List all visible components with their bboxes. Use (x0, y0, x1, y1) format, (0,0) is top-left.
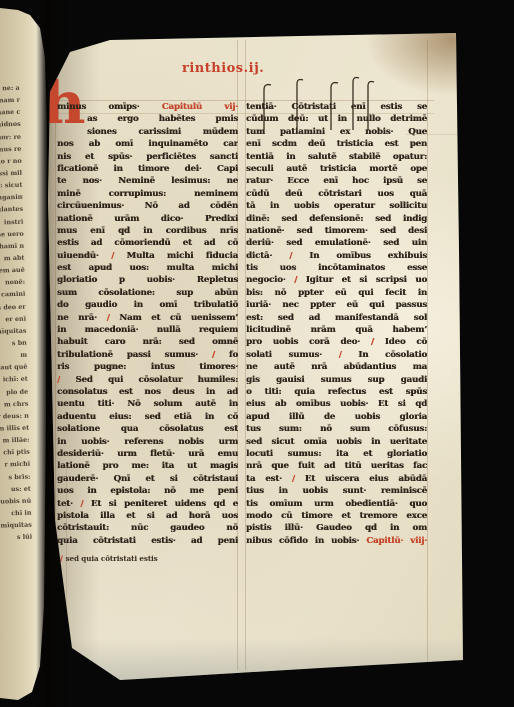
text-line: ta est· / Et uiscera eius abūdā (246, 473, 427, 485)
text-line: nis et spūs· perficiētes sancti (57, 151, 238, 163)
verso-text-line: longanim (0, 191, 23, 204)
text-line: est: sed ad manifestandā sol (246, 312, 427, 324)
text-line: as ergo habētes pmis (57, 113, 238, 125)
text-line: uiuendū· / Multa michi fiducia (57, 250, 238, 262)
verso-text-line: imus re (0, 142, 21, 155)
body-text: ne autē nrā abūdantius ma (246, 362, 427, 372)
body-text: seculi autē tristicia mortē ope (246, 164, 427, 174)
text-line: uos in epistola: nō me peni (57, 485, 238, 497)
verso-text-line: ulantes et (0, 203, 23, 216)
text-line: pistola illa et si ad horā uos (57, 510, 238, 522)
text-line: habuit caro nrā: sed omnē (57, 336, 238, 348)
text-line: deriū· sed emulationē· sed uin (246, 237, 427, 249)
verso-text-line: ne: a dom (0, 82, 20, 95)
verso-text-line: mane c (0, 106, 20, 119)
verso-text-line: ichī: et ua (0, 373, 28, 386)
body-text: tum patiamini ex nobis· Que (246, 127, 427, 137)
text-line: nationē urām dico· Predixi (57, 213, 238, 225)
text-line: pistis illū· Gaudeo qd in om (246, 522, 427, 534)
text-line: tum patiamini ex nobis· Que (246, 126, 427, 138)
verso-text-line: aut quē p (0, 361, 28, 374)
verso-text-line: tem auē le (0, 264, 25, 277)
text-line: modo cū timore et tremore exce (246, 510, 427, 522)
body-text: nos ab omī inquinamēto car (57, 139, 238, 149)
text-line: nibus cōfido in uobis· Capitlū· viij· (246, 535, 427, 547)
body-text: bis: nō ppter eū qui fecit in (246, 288, 427, 298)
body-text: licitudinē nrām quā habem’ (246, 325, 427, 335)
text-line: dictā· / In omībus exhibuis (246, 250, 427, 262)
body-text: gloriatio p uobis· Repletus (57, 275, 238, 285)
body-text: uos in epistola: nō me peni (57, 486, 238, 496)
text-line: in macedoniā· nullā requiem (57, 324, 238, 336)
verso-text-line: plo de nā (0, 385, 28, 398)
body-text: uiuendū· (57, 251, 111, 261)
text-line: sum cōsolatione: sup abūn (57, 287, 238, 299)
body-text: estis ad cōmoriendū et ad cō (57, 238, 238, 248)
body-text: fo (215, 350, 238, 360)
text-line: in uobis· referens nobis urm (57, 436, 238, 448)
body-text: apud illū de uobis gloria (246, 412, 427, 422)
verso-text-line: chidnos (0, 118, 21, 131)
text-line: ratur· Ecce enī hoc ipsū se (246, 175, 427, 187)
body-text: negocio· (246, 275, 294, 285)
verso-text-line: us: et ips (0, 482, 31, 495)
body-text: tā in uobis operatur sollicitu (246, 201, 427, 211)
body-text: quia cōtristati estis· ad peni (57, 536, 238, 546)
text-line: bis: nō ppter eū qui fecit in (246, 287, 427, 299)
body-text: ris pugne: intus timores· (57, 362, 238, 372)
text-line: quia cōtristati estis· ad peni (57, 535, 238, 547)
text-line: nrā que fuit ad titū ueritas fac (246, 460, 427, 472)
verso-text-line: a deo er (0, 300, 26, 313)
text-line: mus enī qd in cordibus nrīs (57, 225, 238, 237)
text-line: tis uos incōtaminatos esse (246, 262, 427, 274)
text-line: o titi: quia refectus est spūs (246, 386, 427, 398)
body-text: tet· (57, 499, 80, 509)
text-line: eius ab omībus uobis· Et si qd (246, 398, 427, 410)
body-text: deriū· sed emulationē· sed uin (246, 238, 427, 248)
verso-text-line: s lūi abrd (0, 531, 32, 544)
text-line: ris pugne: intus timores· (57, 361, 238, 373)
body-text: minē corrupimus: neminem (57, 189, 238, 199)
body-text: cūdū deū cōtristari uos quā (246, 189, 427, 199)
verso-text-line: m abt mal (0, 252, 25, 265)
text-line: solatione qua cōsolatus est (57, 423, 238, 435)
text-line: cūdū deū cōtristari uos quā (246, 188, 427, 200)
body-text: do gaudio in omī tribulatiō (57, 300, 238, 310)
body-text: uentu titi· Nō solum autē in (57, 399, 238, 409)
body-text: solati sumus· (246, 350, 339, 360)
rubric-text: Capitulū vij· (162, 102, 238, 112)
verso-text-line: assi mil (0, 167, 22, 180)
text-line: nos ab omī inquinamēto car (57, 138, 238, 150)
body-text: dictā· (246, 251, 289, 261)
body-text: nis et spūs· perficiētes sancti (57, 152, 238, 162)
body-text: tis uos incōtaminatos esse (246, 263, 427, 273)
body-text: mus enī qd in cordibus nrīs (57, 226, 238, 236)
verso-text-line: mīquitas (0, 519, 32, 532)
text-line: ficationē in timore dei· Capi (57, 163, 238, 175)
body-text: desideriū· urm fletū· urā emu (57, 449, 238, 459)
verso-text-line: m illīs et (0, 422, 29, 435)
body-text: tis omīum urm obedientiā· quo (246, 499, 427, 509)
verso-text-line: quor: re (0, 130, 21, 143)
text-line: tet· / Et si peniteret uidens qd e (57, 498, 238, 510)
body-text: circūuenimus· Nō ad cōdēn (57, 201, 238, 211)
text-line: tribulationē passi sumus· / fo (57, 349, 238, 361)
body-text: eius ab omībus uobis· Et si qd (246, 399, 427, 409)
text-line: cōtristauit: nūc gaudeo nō (57, 522, 238, 534)
running-header: rinthios.ij. (182, 61, 264, 76)
body-text: aduentu eius: sed etiā in cō (57, 412, 238, 422)
text-line: gis gauisi sumus sup gaudi (246, 374, 427, 386)
verso-text-line: es: sicut (0, 179, 23, 192)
body-text: pro uobis corā deo· (246, 337, 371, 347)
text-line: cūdum deū: ut in nullo detrimē (246, 113, 427, 125)
body-text: te nos· Neminē lesimus: ne (57, 176, 238, 186)
text-line: licitudinē nrām quā habem’ (246, 324, 427, 336)
body-text: Nam et cū uenissem’ (110, 313, 238, 323)
body-text: Multa michi fiducia (114, 251, 238, 261)
text-line: ne autē nrā abūdantius ma (246, 361, 427, 373)
text-line: negocio· / Igitur et si scripsi uo (246, 274, 427, 286)
body-text: tentiā in salutē stabilē opatur: (246, 152, 427, 162)
body-text: In cōsolatio (342, 350, 427, 360)
body-text: cūdum deū: ut in nullo detrimē (246, 114, 427, 124)
text-line: minus omīps· Capitulū vij· (57, 101, 238, 113)
verso-text-line: r deus: n (0, 409, 29, 422)
text-line: desideriū· urm fletū· urā emu (57, 448, 238, 460)
text-line: do gaudio in omī tribulatiō (57, 299, 238, 311)
text-line: tā in uobis operatur sollicitu (246, 200, 427, 212)
body-text: gis gauisi sumus sup gaudi (246, 375, 427, 385)
body-text: cōtristauit: nūc gaudeo nō (57, 523, 238, 533)
body-text: nationē urām dico· Predixi (57, 214, 238, 224)
text-line: gauderē· Qnī et si cōtristaui (57, 473, 238, 485)
body-text: siones carissimi mūdem (87, 127, 238, 137)
manuscript-page: rinthios.ij. h minus omīps· Capitulū vij… (40, 28, 466, 688)
verso-text-line: uobis nū (0, 494, 31, 507)
text-line: solati sumus· / In cōsolatio (246, 349, 427, 361)
verso-text-line: lonam r (0, 94, 20, 107)
body-text: o titi: quia refectus est spūs (246, 387, 427, 397)
text-line: ne nrā· / Nam et cū uenissem’ (57, 312, 238, 324)
verso-text-line: s bn abtd (0, 337, 27, 350)
body-text: iuriā· nec ppter eū qui passus (246, 300, 427, 310)
text-line: circūuenimus· Nō ad cōdēn (57, 200, 238, 212)
text-line: apud illū de uobis gloria (246, 411, 427, 423)
text-line: tis omīum urm obedientiā· quo (246, 498, 427, 510)
text-line: minē corrupimus: neminem (57, 188, 238, 200)
text-line: sed sicut omīa uobis in ueritate (246, 436, 427, 448)
text-line: lationē pro me: ita ut magis (57, 460, 238, 472)
rubric-text: Capitlū· viij· (366, 536, 427, 546)
text-line: consolatus est nos deus in ad (57, 386, 238, 398)
body-text: ta est· (246, 474, 292, 484)
corrector-note-text: sed quia cōtristati estis (66, 554, 158, 563)
body-text: in uobis· referens nobis urm (57, 437, 238, 447)
text-line: gloriatio p uobis· Repletus (57, 274, 238, 286)
body-text: nationē· sed timorem· sed desi (246, 226, 427, 236)
verso-text-line: chī ptīs (0, 446, 30, 459)
text-line: / Sed qui cōsolatur humiles: (57, 374, 238, 386)
manuscript-photo: ne: a domlonam rmane cchidnosquor: reimu… (0, 0, 514, 707)
text-line: estis ad cōmoriendū et ad cō (57, 237, 238, 249)
body-text: sed sicut omīa uobis in ueritate (246, 437, 427, 447)
text-line: pro uobis corā deo· / Ideo cō (246, 336, 427, 348)
text-column-left: minus omīps· Capitulū vij·as ergo habēte… (57, 101, 238, 547)
body-text: enī scdm deū tristicia est pen (246, 139, 427, 149)
text-line: uentu titi· Nō solum autē in (57, 398, 238, 410)
body-text: as ergo habētes pmis (87, 114, 238, 124)
text-line: seculi autē tristicia mortē ope (246, 163, 427, 175)
body-text: gauderē· Qnī et si cōtristaui (57, 474, 238, 484)
body-text: nibus cōfido in uobis· (246, 536, 366, 546)
body-text: consolatus est nos deus in ad (57, 387, 238, 397)
body-text: Igitur et si scripsi uo (297, 275, 427, 285)
body-text: Et si peniteret uidens qd e (83, 499, 238, 509)
text-line: enī scdm deū tristicia est pen (246, 138, 427, 150)
body-text: Ideo cō (374, 337, 427, 347)
text-line: tentiā· Cōtristati enī estis se (246, 101, 427, 113)
corrector-note: /sed quia cōtristati estis (60, 554, 158, 563)
verso-text-line: nonē: aug (0, 276, 25, 289)
body-text: locuti sumus: ita et gloriatio (246, 449, 427, 459)
text-line: dinē: sed defensionē: sed indig (246, 213, 427, 225)
body-text: Et uiscera eius abūdā (295, 474, 427, 484)
body-text: habuit caro nrā: sed omnē (57, 337, 238, 347)
body-text: pistis illū· Gaudeo qd in om (246, 523, 427, 533)
verso-text-line: caminī et (0, 288, 26, 301)
verso-text-line: m illāe: h (0, 434, 30, 447)
body-text: Sed qui cōsolatur humiles: (60, 375, 238, 385)
verso-text-line: chamī n (0, 240, 24, 253)
verso-text-line: m cōmuta (0, 349, 27, 362)
body-text: nrā que fuit ad titū ueritas fac (246, 461, 427, 471)
body-text: tentiā· Cōtristati enī estis se (246, 102, 427, 112)
body-text: est: sed ad manifestandā sol (246, 313, 427, 323)
body-text: minus omīps· (57, 102, 162, 112)
verso-text-line: r michī in (0, 458, 30, 471)
body-text: pistola illa et si ad horā uos (57, 511, 238, 521)
body-text: modo cū timore et tremore exce (246, 511, 427, 521)
body-text: sum cōsolatione: sup abūn (57, 288, 238, 298)
body-text: In omībus exhibuis (292, 251, 427, 261)
body-text: ratur· Ecce enī hoc ipsū se (246, 176, 427, 186)
text-line: siones carissimi mūdem (57, 126, 238, 138)
text-line: te nos· Neminē lesimus: ne (57, 175, 238, 187)
body-text: est apud uos: multa michi (57, 263, 238, 273)
text-line: iuriā· nec ppter eū qui passus (246, 299, 427, 311)
text-line: nationē· sed timorem· sed desi (246, 225, 427, 237)
verso-text-line: mīquitas (0, 325, 27, 338)
verso-text-line: m chrs om (0, 397, 29, 410)
verso-text-line: chī in ftes (0, 507, 32, 520)
body-text: tus sum: nō sum cōfusus: (246, 424, 427, 434)
body-text: in macedoniā· nullā requiem (57, 325, 238, 335)
text-line: tius in uobis sunt· reminiscē (246, 485, 427, 497)
text-line: locuti sumus: ita et gloriatio (246, 448, 427, 460)
body-text: tius in uobis sunt· reminiscē (246, 486, 427, 496)
text-line: tentiā in salutē stabilē opatur: (246, 151, 427, 163)
verso-text-line: ne uero de (0, 227, 24, 240)
verso-text-line: instrī por (0, 215, 24, 228)
verso-text-line: er enī par (0, 312, 26, 325)
text-column-right: tentiā· Cōtristati enī estis secūdum deū… (246, 101, 427, 547)
text-line: aduentu eius: sed etiā in cō (57, 411, 238, 423)
verso-text-line: s brīs: erū (0, 470, 31, 483)
body-text: dinē: sed defensionē: sed indig (246, 214, 427, 224)
text-line: tus sum: nō sum cōfusus: (246, 423, 427, 435)
body-text: solatione qua cōsolatus est (57, 424, 238, 434)
body-text: lationē pro me: ita ut magis (57, 461, 238, 471)
body-text: ficationē in timore dei· Capi (57, 164, 238, 174)
text-line: est apud uos: multa michi (57, 262, 238, 274)
verso-text-line: quo r no (0, 155, 22, 168)
body-text: tribulationē passi sumus· (57, 350, 212, 360)
body-text: ne nrā· (57, 313, 107, 323)
